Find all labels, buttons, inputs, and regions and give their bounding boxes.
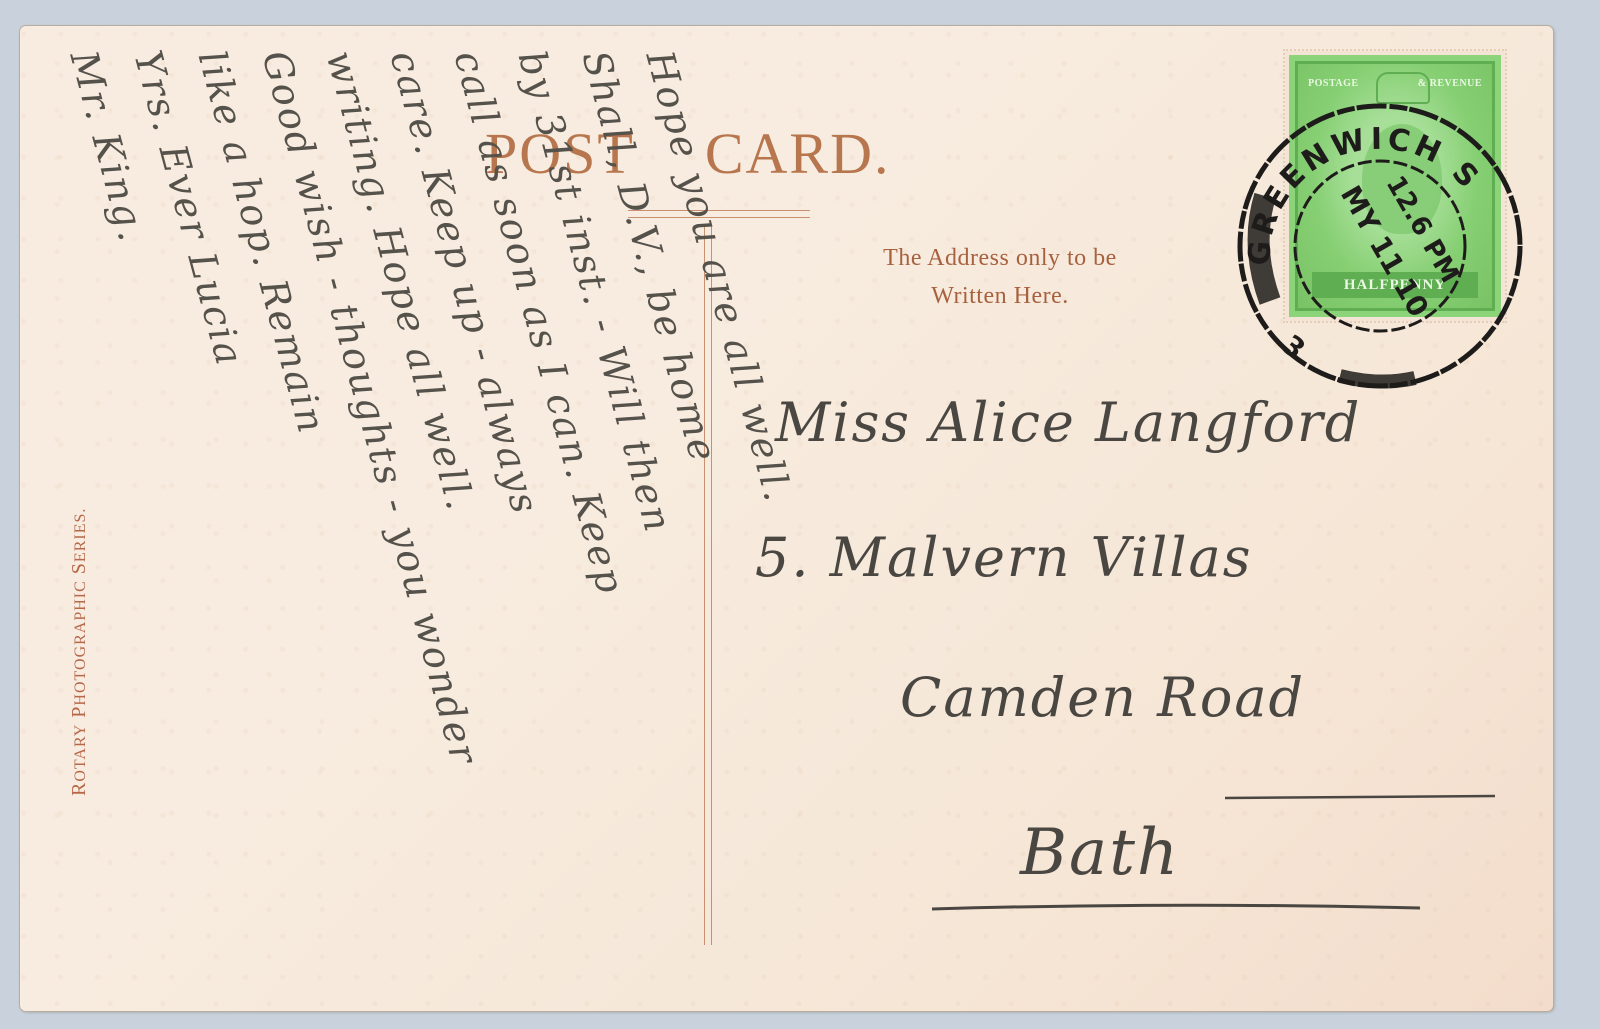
instruction-line-2: Written Here.: [790, 277, 1210, 315]
publisher-imprint: ROTARY PHOTOGRAPHIC SERIES.: [68, 508, 91, 796]
address-city: Bath: [1020, 816, 1180, 890]
address-line-1: 5. Malvern Villas: [755, 526, 1252, 589]
address-recipient: Miss Alice Langford: [775, 391, 1361, 454]
postmark-code: 3: [1276, 328, 1312, 366]
stamp-revenue-label: & REVENUE: [1418, 78, 1482, 89]
stamp-denomination: HALFPENNY: [1312, 272, 1478, 298]
stamp-frame: POSTAGE & REVENUE HALFPENNY: [1295, 61, 1495, 311]
address-instruction: The Address only to be Written Here.: [790, 239, 1210, 315]
king-portrait-icon: [1362, 124, 1442, 234]
instruction-line-1: The Address only to be: [790, 239, 1210, 277]
address-line-2: Camden Road: [900, 666, 1305, 729]
halfpenny-stamp: POSTAGE & REVENUE HALFPENNY: [1285, 51, 1505, 321]
stamp-postage-label: POSTAGE: [1308, 78, 1359, 89]
heading-card: CARD.: [705, 121, 891, 186]
postcard: POSTCARD. The Address only to be Written…: [20, 26, 1553, 1011]
